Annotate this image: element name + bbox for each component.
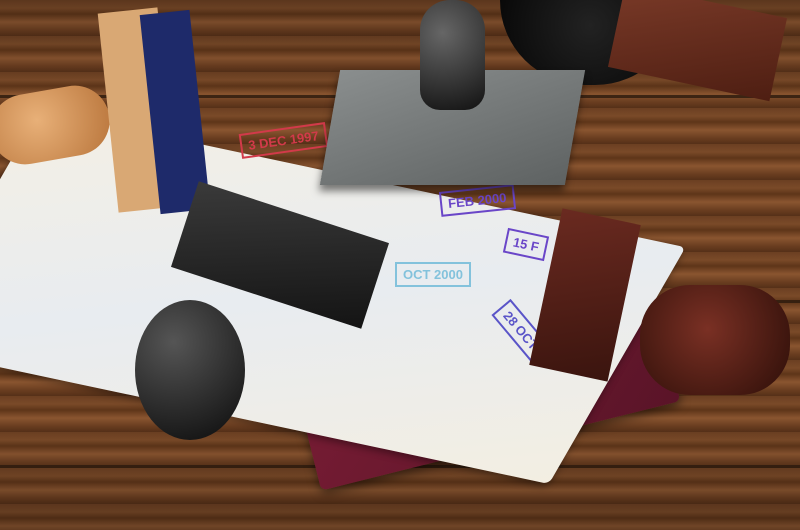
brown-stamp-block-top — [608, 0, 787, 101]
visa-stamp-cyan: OCT 2000 — [395, 262, 471, 287]
visa-stamp-red: 3 DEC 1997 — [239, 122, 328, 159]
photo-scene: PASPOORT - PA 3 DEC 1997 FEB 2000 15 F O… — [0, 0, 800, 530]
black-stamp-handle — [135, 300, 245, 440]
brown-stamp-handle — [640, 285, 790, 395]
black-stamp-handle-top — [420, 0, 485, 110]
